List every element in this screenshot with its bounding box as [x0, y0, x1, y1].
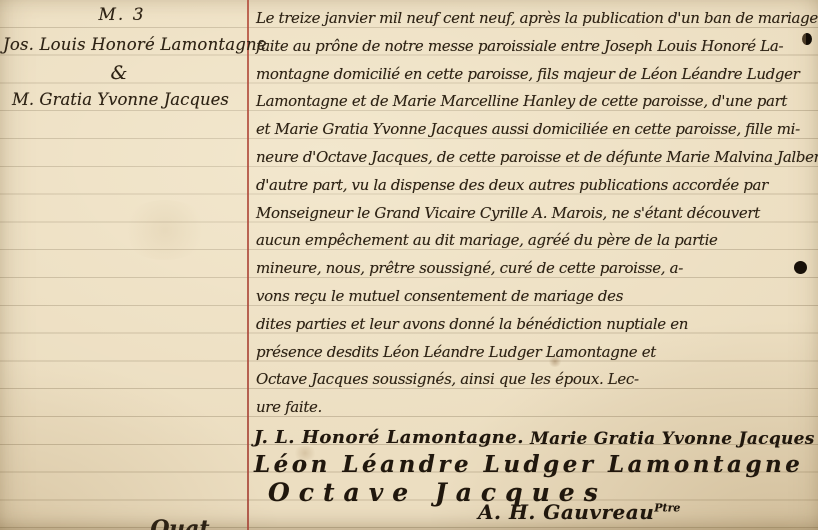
ink-dot — [794, 261, 807, 274]
record-number: M. 3 — [0, 5, 244, 25]
body-line: ure faite. — [256, 394, 816, 422]
ink-dot — [802, 33, 812, 45]
signature-priest: A. H. GauvreauPtre — [478, 500, 680, 524]
signature-groom-father: Léon Léandre Ludger Lamontagne — [254, 451, 803, 478]
margin-ampersand: & — [0, 62, 238, 84]
record-body-text: Le treize janvier mil neuf cent neuf, ap… — [256, 5, 816, 422]
body-line: présence desdits Léon Léandre Ludger Lam… — [256, 339, 816, 367]
next-entry-partial-text: Quat — [150, 516, 210, 530]
body-line: aucun empêchement au dit mariage, agréé … — [256, 227, 816, 255]
body-line: Le treize janvier mil neuf cent neuf, ap… — [256, 5, 816, 33]
body-line: Octave Jacques soussignés, ainsi que les… — [256, 366, 816, 394]
body-line: vons reçu le mutuel consentement de mari… — [256, 283, 816, 311]
signature-bride: Marie Gratia Yvonne Jacques — [530, 429, 815, 449]
paper-stain — [120, 200, 210, 260]
red-margin-line — [247, 0, 249, 530]
body-line: Lamontagne et de Marie Marcelline Hanley… — [256, 88, 816, 116]
register-page: M. 3 Jos. Louis Honoré Lamontagne & M. G… — [0, 0, 818, 530]
body-line: d'autre part, vu la dispense des deux au… — [256, 172, 816, 200]
body-line: faite au prône de notre messe paroissial… — [256, 33, 816, 61]
body-line: mineure, nous, prêtre soussigné, curé de… — [256, 255, 816, 283]
body-line: dites parties et leur avons donné la bén… — [256, 311, 816, 339]
signature-groom: J. L. Honoré Lamontagne. — [254, 427, 524, 448]
signature-priest-title: Ptre — [654, 501, 680, 514]
margin-groom-name: Jos. Louis Honoré Lamontagne — [3, 35, 247, 54]
body-line: neure d'Octave Jacques, de cette paroiss… — [256, 144, 816, 172]
signature-priest-name: A. H. Gauvreau — [478, 500, 654, 524]
body-line: et Marie Gratia Yvonne Jacques aussi dom… — [256, 116, 816, 144]
body-line: Monseigneur le Grand Vicaire Cyrille A. … — [256, 200, 816, 228]
body-line: montagne domicilié en cette paroisse, fi… — [256, 61, 816, 89]
margin-bride-name: M. Gratia Yvonne Jacques — [12, 90, 244, 109]
